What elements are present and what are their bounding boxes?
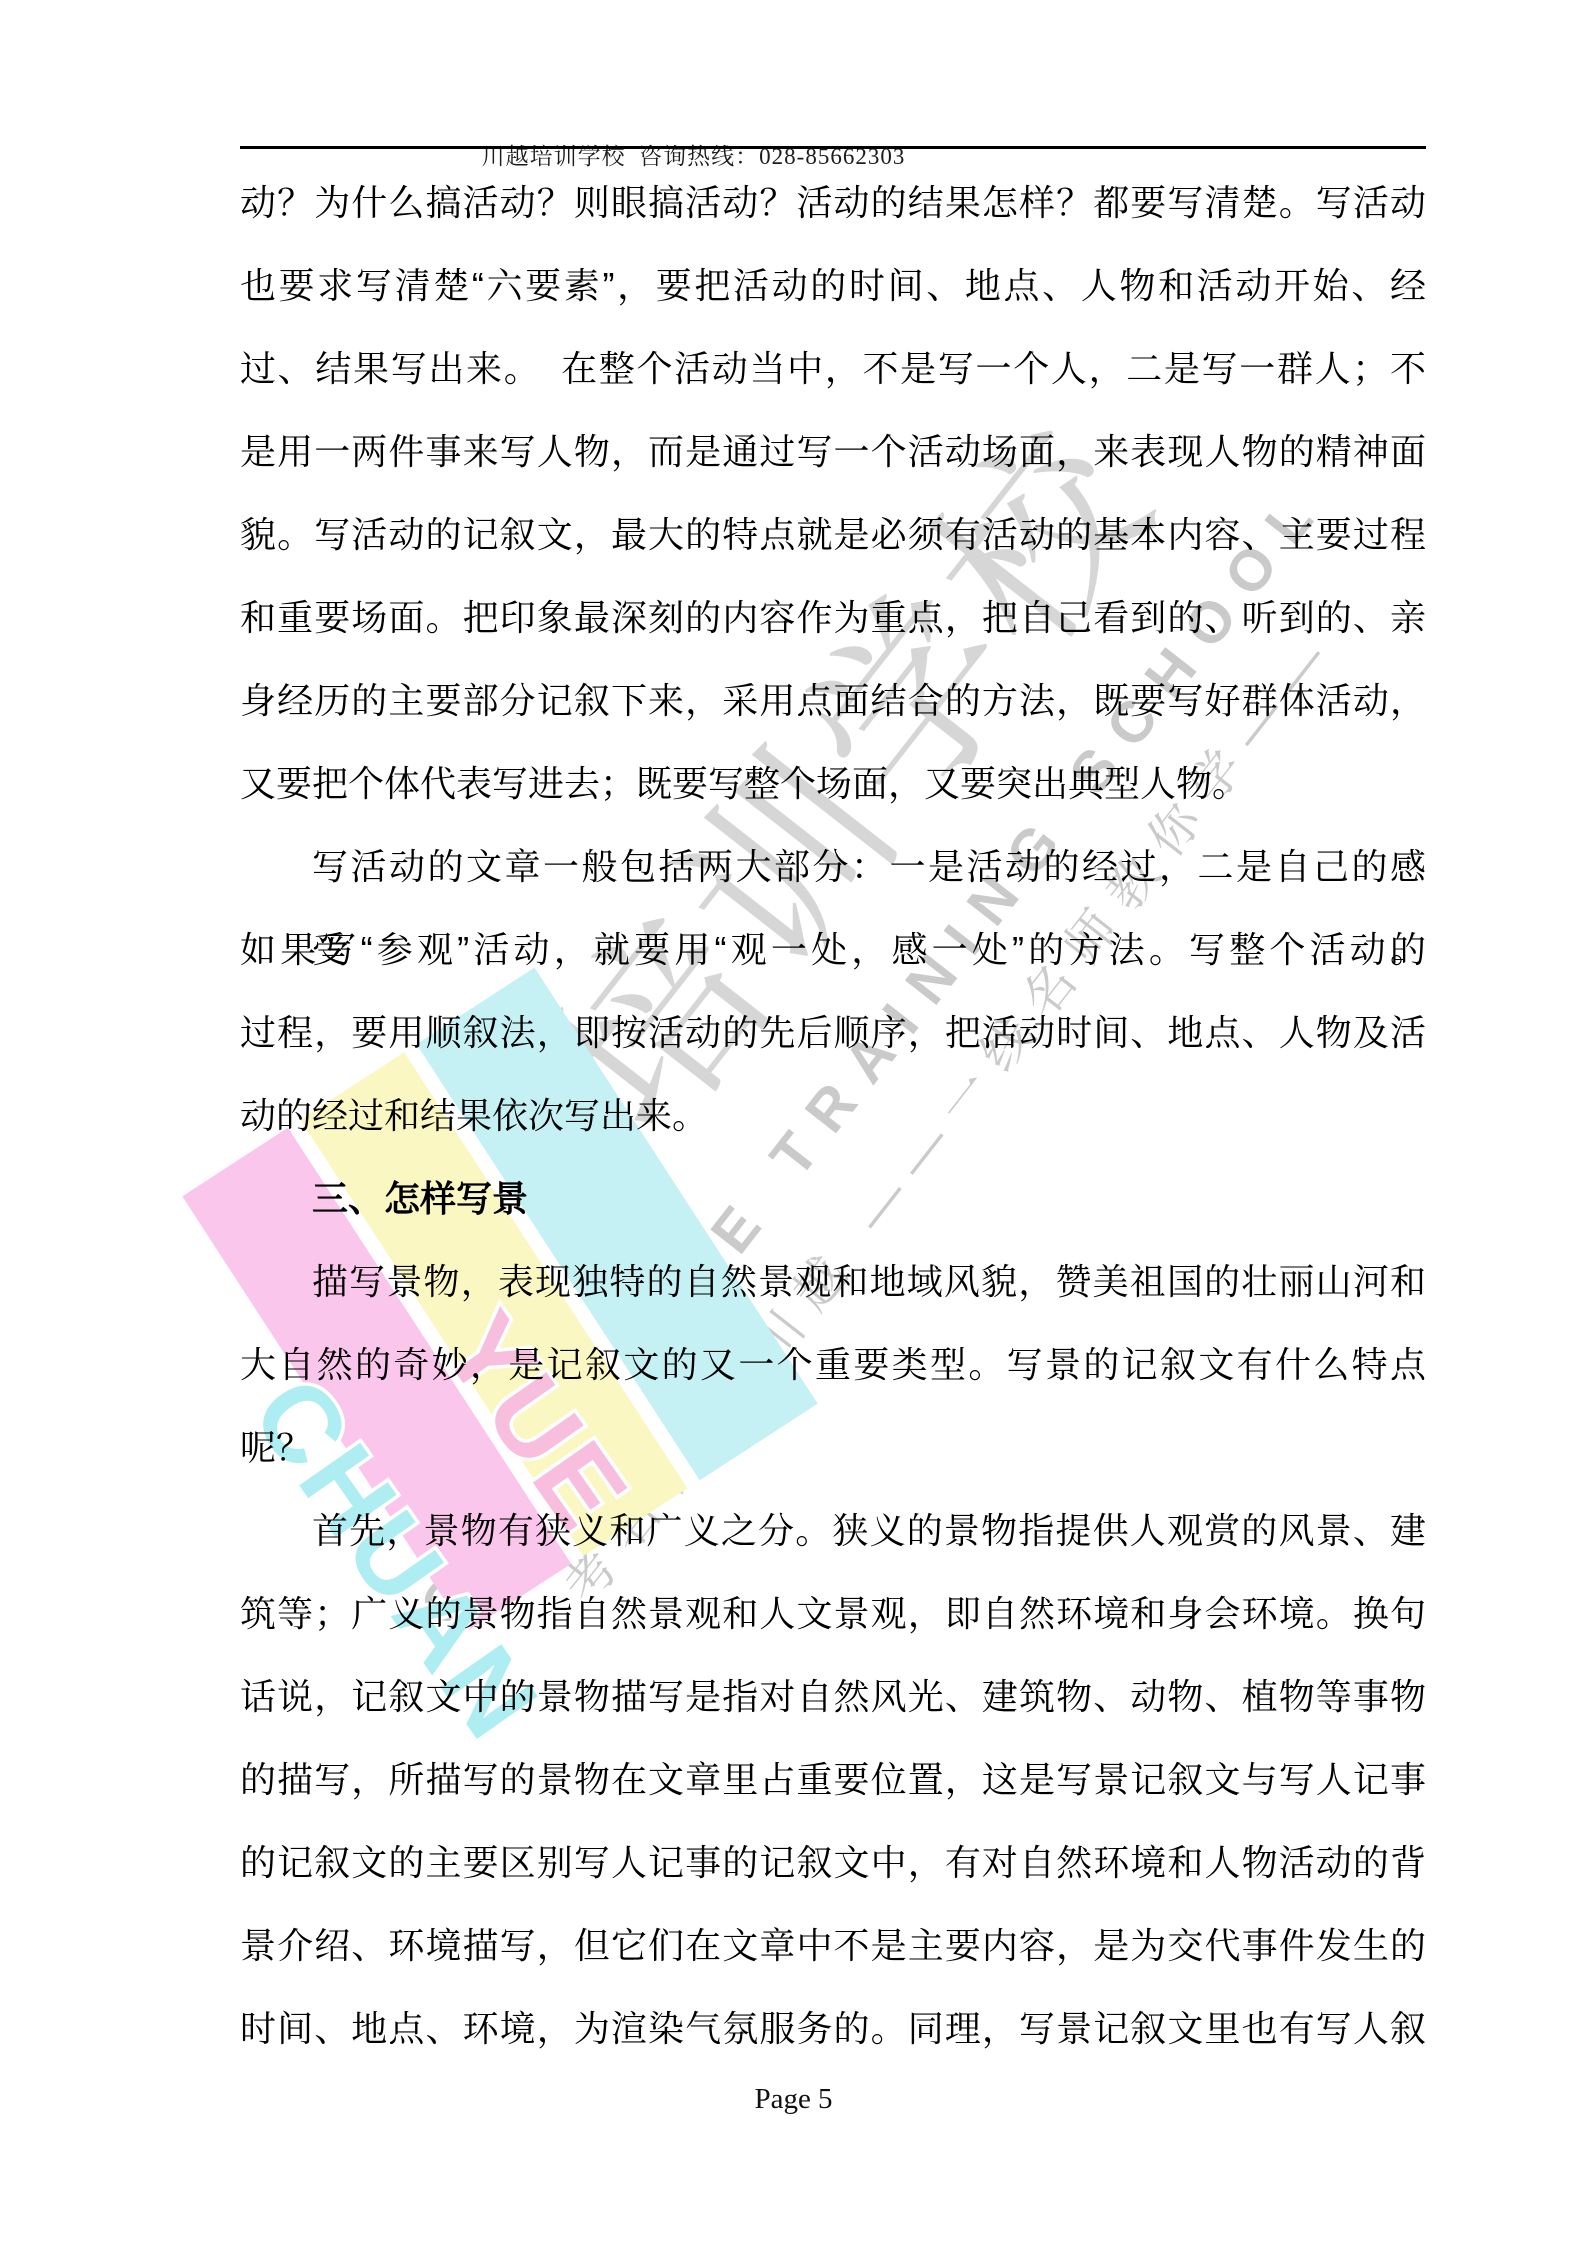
text-line: 时间、地点、环境，为渲染气氛服务的。同理，写景记叙文里也有写人叙 <box>240 1987 1426 2070</box>
text-line: 描写景物，表现独特的自然景观和地域风貌，赞美祖国的壮丽山河和 <box>240 1240 1426 1323</box>
text-line: 动的经过和结果依次写出来。 <box>240 1074 1426 1157</box>
text-line: 也要求写清楚“六要素”，要把活动的时间、地点、人物和活动开始、经 <box>240 244 1426 327</box>
header-rule <box>240 146 1426 149</box>
document-page: 川越培训学校 咨询热线：028-85662303 川越培训学校 CHUAN YU… <box>0 0 1587 2245</box>
text-line: 过程，要用顺叙法，即按活动的先后顺序，把活动时间、地点、人物及活 <box>240 991 1426 1074</box>
section-heading: 三、怎样写景 <box>240 1157 1426 1240</box>
text-line: 呢？ <box>240 1406 1426 1489</box>
text-line: 首先，景物有狭义和广义之分。狭义的景物指提供人观赏的风景、建 <box>240 1489 1426 1572</box>
text-line: 话说，记叙文中的景物描写是指对自然风光、建筑物、动物、植物等事物 <box>240 1655 1426 1738</box>
text-line: 大自然的奇妙，是记叙文的又一个重要类型。写景的记叙文有什么特点 <box>240 1323 1426 1406</box>
text-line: 是用一两件事来写人物，而是通过写一个活动场面，来表现人物的精神面 <box>240 410 1426 493</box>
text-line: 身经历的主要部分记叙下来，采用点面结合的方法，既要写好群体活动， <box>240 659 1426 742</box>
page-number: Page 5 <box>754 2083 832 2115</box>
text-line: 貌。写活动的记叙文，最大的特点就是必须有活动的基本内容、主要过程 <box>240 493 1426 576</box>
text-line: 的描写，所描写的景物在文章里占重要位置，这是写景记叙文与写人记事 <box>240 1738 1426 1821</box>
text-line: 动？为什么搞活动？则眼搞活动？活动的结果怎样？都要写清楚。写活动 <box>240 161 1426 244</box>
text-line: 如果写“参观”活动，就要用“观一处，感一处”的方法。写整个活动的 <box>240 908 1426 991</box>
text-line: 景介绍、环境描写，但它们在文章中不是主要内容，是为交代事件发生的 <box>240 1904 1426 1987</box>
page-footer: Page 5 <box>0 2083 1587 2116</box>
text-line: 过、结果写出来。 在整个活动当中，不是写一个人，二是写一群人；不 <box>240 327 1426 410</box>
text-line: 又要把个体代表写进去；既要写整个场面，又要突出典型人物。 <box>240 742 1426 825</box>
text-line: 筑等；广义的景物指自然景观和人文景观，即自然环境和身会环境。换句 <box>240 1572 1426 1655</box>
text-line: 写活动的文章一般包括两大部分：一是活动的经过，二是自己的感受。 <box>240 825 1426 908</box>
text-line: 和重要场面。把印象最深刻的内容作为重点，把自己看到的、听到的、亲 <box>240 576 1426 659</box>
body-text: 动？为什么搞活动？则眼搞活动？活动的结果怎样？都要写清楚。写活动也要求写清楚“六… <box>240 161 1426 2070</box>
text-line: 的记叙文的主要区别写人记事的记叙文中，有对自然环境和人物活动的背 <box>240 1821 1426 1904</box>
